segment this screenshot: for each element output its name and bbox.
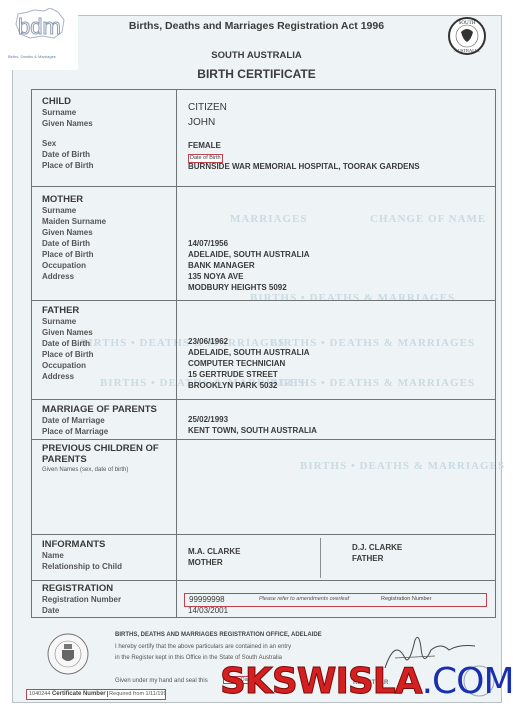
label-address: Address xyxy=(42,271,106,282)
section-title: REGISTRATION xyxy=(42,583,121,594)
father-occupation: COMPUTER TECHNICIAN xyxy=(188,358,285,369)
registration-number-tag: Registration Number xyxy=(381,596,431,602)
svg-text:AUSTRALIA: AUSTRALIA xyxy=(454,48,480,53)
label-address: Address xyxy=(42,371,94,382)
label-given-names: Given Names xyxy=(42,327,94,338)
label-date-of-birth: Date of Birth xyxy=(42,338,94,349)
child-labels: CHILD Surname Given Names Sex Date of Bi… xyxy=(42,96,94,171)
section-title: FATHER xyxy=(42,305,94,316)
logo-subtitle: Births, Deaths & Marriages xyxy=(8,54,56,59)
label-place-of-marriage: Place of Marriage xyxy=(42,426,157,437)
informant2-name: D.J. CLARKE xyxy=(352,542,402,553)
informant1-name: M.A. CLARKE xyxy=(188,546,240,557)
mother-address-line1: 135 NOYA AVE xyxy=(188,271,243,282)
label-date-of-birth: Date of Birth xyxy=(42,149,94,160)
label-occupation: Occupation xyxy=(42,260,106,271)
bdm-logo: bdm Births, Deaths & Marriages xyxy=(0,0,78,70)
label-surname: Surname xyxy=(42,107,94,118)
section-mother: MOTHER Surname Maiden Surname Given Name… xyxy=(32,186,495,301)
father-address-line2: BROOKLYN PARK 5032 xyxy=(188,380,277,391)
site-watermark: SKSWISLA.COM xyxy=(220,660,513,702)
father-place-of-birth: ADELAIDE, SOUTH AUSTRALIA xyxy=(188,347,309,358)
label-surname: Surname xyxy=(42,205,106,216)
informant-divider xyxy=(320,538,321,578)
father-date-of-birth: 23/06/1962 xyxy=(188,336,228,347)
watermark-blue-text: .COM xyxy=(422,661,513,702)
svg-text:SOUTH: SOUTH xyxy=(459,21,476,26)
section-registration: REGISTRATION Registration Number Date 99… xyxy=(32,580,495,617)
label-date-of-marriage: Date of Marriage xyxy=(42,415,157,426)
mother-labels: MOTHER Surname Maiden Surname Given Name… xyxy=(42,194,106,282)
child-given-names: JOHN xyxy=(188,115,215,131)
label-registration-number: Registration Number xyxy=(42,594,121,605)
label-surname: Surname xyxy=(42,316,94,327)
registry-office-seal-icon xyxy=(46,632,90,676)
label-date-of-birth: Date of Birth xyxy=(42,238,106,249)
certificate-number: 1040244 xyxy=(27,691,50,697)
label-place-of-birth: Place of Birth xyxy=(42,160,94,171)
label-place-of-birth: Place of Birth xyxy=(42,349,94,360)
father-labels: FATHER Surname Given Names Date of Birth… xyxy=(42,305,94,382)
informant1-relation: MOTHER xyxy=(188,557,223,568)
informant2-relation: FATHER xyxy=(352,553,383,564)
registration-date: 14/03/2001 xyxy=(188,605,228,616)
amendments-note: Please refer to amendments overleaf xyxy=(259,596,349,602)
certificate-number-tag: Certificate Number xyxy=(52,691,106,697)
label-relationship: Relationship to Child xyxy=(42,561,122,572)
registration-number: 99999998 xyxy=(189,595,225,604)
section-previous-children: PREVIOUS CHILDREN OF PARENTS Given Names… xyxy=(32,439,495,535)
child-surname: CITIZEN xyxy=(188,100,227,116)
label-name: Name xyxy=(42,550,122,561)
previous-children-labels: PREVIOUS CHILDREN OF PARENTS Given Names… xyxy=(42,443,159,476)
bdm-logo-icon: bdm xyxy=(14,8,68,40)
certificate-table: CHILD Surname Given Names Sex Date of Bi… xyxy=(31,89,496,618)
section-title: MARRIAGE OF PARENTS xyxy=(42,404,157,415)
registration-number-box: 99999998 Please refer to amendments over… xyxy=(184,593,487,607)
certificate-number-box: 1040244 Certificate Number Required from… xyxy=(26,689,166,700)
label-place-of-birth: Place of Birth xyxy=(42,249,106,260)
section-title: INFORMANTS xyxy=(42,539,122,550)
certify-line1: I hereby certify that the above particul… xyxy=(115,644,291,650)
section-marriage: MARRIAGE OF PARENTS Date of Marriage Pla… xyxy=(32,399,495,440)
label-maiden-surname: Maiden Surname xyxy=(42,216,106,227)
mother-address-line2: MODBURY HEIGHTS 5092 xyxy=(188,282,287,293)
south-australia-seal-icon: SOUTH AUSTRALIA xyxy=(447,16,487,56)
section-informants: INFORMANTS Name Relationship to Child M.… xyxy=(32,534,495,581)
section-father: FATHER Surname Given Names Date of Birth… xyxy=(32,300,495,400)
mother-place-of-birth: ADELAIDE, SOUTH AUSTRALIA xyxy=(188,249,309,260)
father-address-line1: 15 GERTRUDE STREET xyxy=(188,369,278,380)
office-name: BIRTHS, DEATHS AND MARRIAGES REGISTRATIO… xyxy=(115,632,322,638)
label-sex: Sex xyxy=(42,138,94,149)
section-title: PREVIOUS CHILDREN OF xyxy=(42,443,159,454)
marriage-place: KENT TOWN, SOUTH AUSTRALIA xyxy=(188,425,317,436)
registration-labels: REGISTRATION Registration Number Date xyxy=(42,583,121,616)
label-occupation: Occupation xyxy=(42,360,94,371)
section-title: CHILD xyxy=(42,96,94,107)
informants-labels: INFORMANTS Name Relationship to Child xyxy=(42,539,122,572)
child-place-of-birth: BURNSIDE WAR MEMORIAL HOSPITAL, TOORAK G… xyxy=(188,161,420,172)
label-given-names: Given Names xyxy=(42,227,106,238)
child-sex: FEMALE xyxy=(188,140,221,151)
marriage-date: 25/02/1993 xyxy=(188,414,228,425)
given-under-text: Given under my hand and seal this xyxy=(115,678,208,684)
mother-occupation: BANK MANAGER xyxy=(188,260,255,271)
section-title: MOTHER xyxy=(42,194,106,205)
label-given-names-sex-dob: Given Names (sex, date of birth) xyxy=(42,465,159,476)
svg-text:bdm: bdm xyxy=(18,14,61,39)
mother-date-of-birth: 14/07/1956 xyxy=(188,238,228,249)
label-given-names: Given Names xyxy=(42,118,94,129)
watermark-red-text: SKSWISLA xyxy=(220,661,422,702)
label-date: Date xyxy=(42,605,121,616)
section-title: PARENTS xyxy=(42,454,159,465)
certificate-note: Required from 1/11/1999 xyxy=(107,691,166,697)
section-child: CHILD Surname Given Names Sex Date of Bi… xyxy=(32,90,495,187)
marriage-labels: MARRIAGE OF PARENTS Date of Marriage Pla… xyxy=(42,404,157,437)
